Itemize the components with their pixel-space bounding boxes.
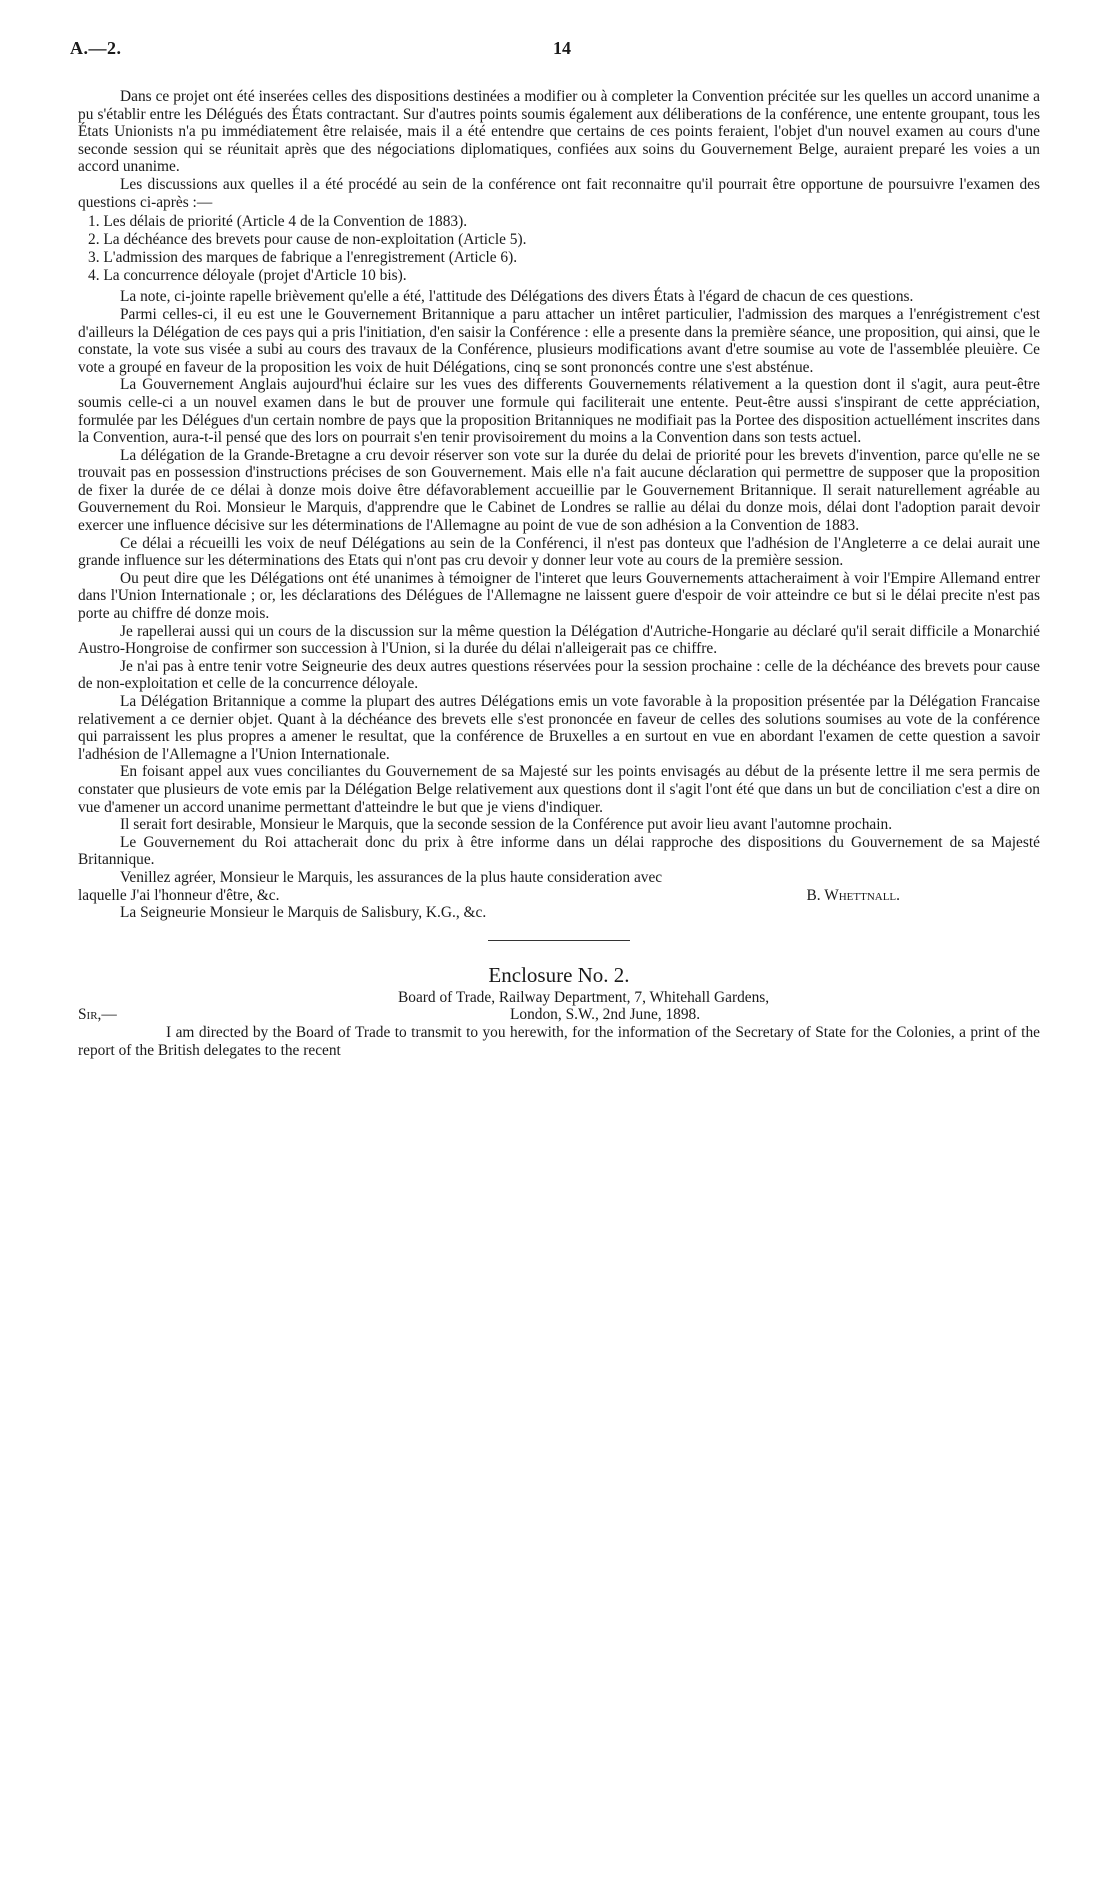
paragraph: I am directed by the Board of Trade to t… xyxy=(78,1024,1040,1059)
paragraph: En foisant appel aux vues conciliantes d… xyxy=(78,763,1040,816)
document-body: Dans ce projet ont été inserées celles d… xyxy=(78,88,1040,1059)
paragraph: La note, ci-jointe rapelle brièvement qu… xyxy=(78,288,1040,306)
paragraph: Ce délai a récueilli les voix de neuf Dé… xyxy=(78,535,1040,570)
paragraph: Je rapellerai aussi qui un cours de la d… xyxy=(78,623,1040,658)
section-divider xyxy=(488,940,630,941)
paragraph: Je n'ai pas à entre tenir votre Seigneur… xyxy=(78,658,1040,693)
sender-address: Board of Trade, Railway Department, 7, W… xyxy=(78,989,1040,1007)
addressee: La Seigneurie Monsieur le Marquis de Sal… xyxy=(78,904,1040,922)
salutation: Sir,— xyxy=(78,1006,117,1024)
closing-signature-row: laquelle J'ai l'honneur d'être, &c. B. W… xyxy=(78,887,1040,905)
paragraph: La Délégation Britannique a comme la plu… xyxy=(78,693,1040,763)
list-item: 2. La déchéance des brevets pour cause d… xyxy=(88,231,1040,249)
list-item: 4. La concurrence déloyale (projet d'Art… xyxy=(88,267,1040,285)
paragraph: Le Gouvernement du Roi attacherait donc … xyxy=(78,834,1040,869)
list-item: 1. Les délais de priorité (Article 4 de … xyxy=(88,213,1040,231)
closing-line: Venillez agréer, Monsieur le Marquis, le… xyxy=(78,869,1040,887)
salutation-row: Sir,— London, S.W., 2nd June, 1898. xyxy=(78,1006,1040,1024)
paragraph: La délégation de la Grande-Bretagne a cr… xyxy=(78,447,1040,535)
running-header: A.—2. 14 xyxy=(0,38,1114,62)
paragraph: La Gouvernement Anglais aujourd'hui écla… xyxy=(78,376,1040,446)
document-reference: A.—2. xyxy=(70,38,122,59)
paragraph: Parmi celles-ci, il eu est une le Gouver… xyxy=(78,306,1040,376)
signature: B. Whettnall. xyxy=(807,887,1040,905)
page-number: 14 xyxy=(553,38,571,59)
address-line: Board of Trade, Railway Department, 7, W… xyxy=(398,989,1040,1007)
list-item: 3. L'admission des marques de fabrique a… xyxy=(88,249,1040,267)
address-date-line: London, S.W., 2nd June, 1898. xyxy=(398,1006,1040,1024)
paragraph: Ou peut dire que les Délégations ont été… xyxy=(78,570,1040,623)
questions-list: 1. Les délais de priorité (Article 4 de … xyxy=(78,213,1040,284)
enclosure-title: Enclosure No. 2. xyxy=(78,963,1040,987)
paragraph: Dans ce projet ont été inserées celles d… xyxy=(78,88,1040,176)
paragraph: Les discussions aux quelles il a été pro… xyxy=(78,176,1040,211)
document-page: A.—2. 14 Dans ce projet ont été inserées… xyxy=(0,0,1114,1900)
address-line-wrap: London, S.W., 2nd June, 1898. xyxy=(78,1006,1040,1024)
closing-line: laquelle J'ai l'honneur d'être, &c. xyxy=(78,887,279,905)
paragraph: Il serait fort desirable, Monsieur le Ma… xyxy=(78,816,1040,834)
